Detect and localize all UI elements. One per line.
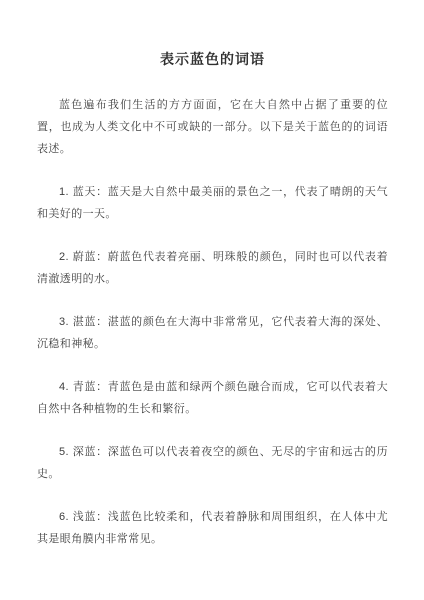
document-title: 表示蓝色的词语 [37, 50, 388, 68]
list-item-azure: 2. 蔚蓝：蔚蓝色代表着亮丽、明珠般的颜色，同时也可以代表着清澈透明的水。 [37, 246, 388, 290]
intro-paragraph: 蓝色遍布我们生活的方方面面，它在大自然中占据了重要的位置，也成为人类文化中不可或… [37, 94, 388, 160]
document-page: 表示蓝色的词语 蓝色遍布我们生活的方方面面，它在大自然中占据了重要的位置，也成为… [0, 0, 424, 600]
list-item-cyan-blue: 4. 青蓝：青蓝色是由蓝和绿两个颜色融合而成，它可以代表着大自然中各种植物的生长… [37, 376, 388, 420]
list-item-blue-sky: 1. 蓝天：蓝天是大自然中最美丽的景色之一，代表了晴朗的天气和美好的一天。 [37, 181, 388, 225]
list-item-dark-blue: 5. 深蓝：深蓝色可以代表着夜空的颜色、无尽的宇宙和远古的历史。 [37, 441, 388, 485]
list-item-deep-sea-blue: 3. 湛蓝：湛蓝的颜色在大海中非常常见，它代表着大海的深处、沉稳和神秘。 [37, 311, 388, 355]
list-item-light-blue: 6. 浅蓝：浅蓝色比较柔和，代表着静脉和周围组织，在人体中尤其是眼角膜内非常常见… [37, 506, 388, 550]
